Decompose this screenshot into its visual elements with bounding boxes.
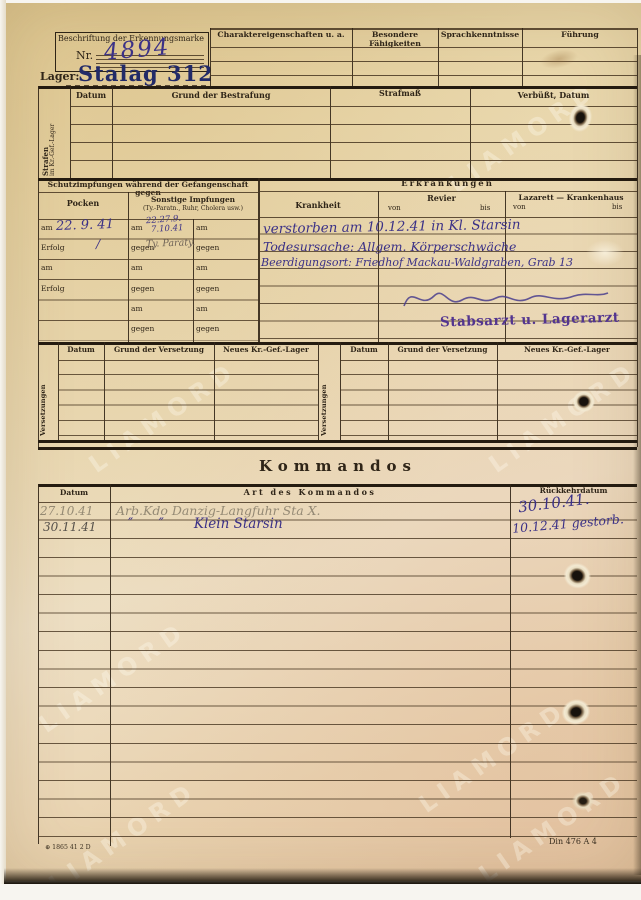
ruled-lines [58, 360, 318, 438]
scan-edge [0, 0, 6, 900]
impf-col-sonstige: Sonstige Impfungen [128, 196, 258, 204]
strafen-header: Grund der Bestrafung [112, 91, 330, 100]
impf-row-label: gegen [196, 244, 219, 252]
lager-label: Lager: [40, 71, 79, 83]
grid-line [352, 28, 353, 86]
death-cause-handwritten: Todesursache: Allgem. Körperschwäche [263, 240, 516, 254]
grid-line [318, 342, 319, 440]
scanned-pow-record-card: LIAMORD LIAMORD LIAMORD LIAMORD LIAMORD … [0, 0, 641, 900]
versetzungen-side-label: Versetzungen [40, 352, 57, 436]
scan-edge [0, 0, 641, 3]
strafen-header: Datum [70, 91, 112, 100]
impf-row-label: gegen [131, 325, 154, 333]
impf-row-label: am [196, 305, 208, 313]
ruled-lines [39, 502, 637, 838]
impf-row-label: am [131, 264, 143, 272]
grid-line [210, 28, 211, 86]
traits-header: Sprachkenntnisse [440, 31, 520, 40]
vers-header: Grund der Versetzung [388, 346, 497, 354]
grid-line [330, 86, 331, 178]
section-divider [38, 447, 637, 450]
impf-col-sonstige-sub: (Ty.-Paratn., Ruhr, Cholera usw.) [128, 206, 258, 213]
grid-line [210, 75, 637, 76]
strafen-side-line2: im Kr.-Gef.-Lager [50, 92, 57, 176]
strafen-header: Strafmaß [330, 89, 470, 98]
impf-erfolg-mark-handwritten: ∕ [96, 238, 100, 251]
grid-line [38, 192, 258, 193]
versetzungen-side-text: Versetzungen [321, 352, 328, 436]
impf-row-label: gegen [131, 285, 154, 293]
impf-gegen-handwritten: Ty. Paraty. [146, 238, 196, 250]
grid-line [112, 86, 113, 178]
grid-line [470, 86, 471, 178]
burial-place-handwritten: Beerdigungsort: Friedhof Mackau-Waldgrab… [261, 257, 573, 269]
section-divider [38, 440, 637, 443]
erkr-von-label: von [513, 204, 526, 212]
erkr-bis-label: bis [480, 205, 490, 213]
komm-row-datum: 27.10.41 [40, 505, 93, 518]
scan-bottom-shadow [4, 868, 641, 884]
impf-col-pocken: Pocken [38, 199, 128, 208]
strafen-header: Verbüßt, Datum [470, 91, 637, 100]
komm-row-datum: 30.11.41 [43, 521, 96, 534]
versetzungen-side-text: Versetzungen [40, 352, 47, 436]
komm-row-art: ″ ″ Klein Starsin [128, 517, 283, 532]
strafen-side-label: Strafenim Kr.-Gef.-Lager [42, 92, 68, 176]
komm-header: Datum [38, 489, 110, 497]
ruled-lines [38, 219, 258, 341]
erkr-bis-label: bis [612, 204, 622, 212]
grid-line [438, 28, 439, 86]
vers-header: Neues Kr.-Gef.-Lager [214, 346, 318, 354]
impf-row-label: am [196, 264, 208, 272]
impf-row-label: gegen [196, 285, 219, 293]
erkrankungen-title: Erkrankungen [258, 180, 637, 189]
doctor-signature-scribble [398, 282, 613, 312]
impf-row-label: Erfolg [41, 244, 65, 252]
grid-line [70, 106, 637, 107]
scan-edge [633, 55, 641, 875]
erkr-von-label: von [388, 205, 401, 213]
scan-edge [0, 884, 641, 900]
grid-line [258, 191, 637, 192]
impf-row-label: am [41, 264, 53, 272]
impf-row-label: Erfolg [41, 285, 65, 293]
grid-line [70, 86, 71, 178]
komm-header: Art des Kommandos [110, 488, 510, 497]
impf-sonstige-date-handwritten: 7.10.41 [151, 224, 184, 235]
impf-pocken-date-handwritten: 22. 9. 41 [56, 218, 114, 234]
vers-header: Datum [58, 346, 104, 354]
grid-line [70, 142, 637, 143]
traits-header: Besondere Fähigkeiten [354, 31, 436, 48]
vers-header: Neues Kr.-Gef.-Lager [497, 346, 637, 354]
impf-row-label: am [41, 224, 53, 232]
lager-stamp: Stalag 312 [78, 62, 214, 85]
grid-line [522, 28, 523, 86]
impf-row-label: am [196, 224, 208, 232]
impf-row-label: am [131, 305, 143, 313]
erkr-col-lazarett: Lazarett — Krankenhaus [505, 194, 637, 202]
din-format-label: Din 476 A 4 [549, 838, 597, 847]
vers-header: Datum [340, 346, 388, 354]
grid-line [70, 160, 637, 161]
versetzungen-side-label: Versetzungen [321, 352, 338, 436]
traits-header: Führung [524, 31, 636, 40]
erkr-col-krankheit: Krankheit [258, 201, 378, 210]
impf-row-label: am [131, 224, 143, 232]
paper-tear-patch [586, 240, 624, 266]
kommandos-title: Kommandos [238, 458, 438, 475]
print-code: ⊕ 1865 41 2 D [45, 845, 91, 852]
erkr-col-revier: Revier [378, 194, 505, 203]
impf-row-label: gegen [196, 325, 219, 333]
vers-header: Grund der Versetzung [104, 346, 214, 354]
traits-header: Charaktereigenschaften u. a. [212, 31, 350, 40]
grid-line [70, 124, 637, 125]
